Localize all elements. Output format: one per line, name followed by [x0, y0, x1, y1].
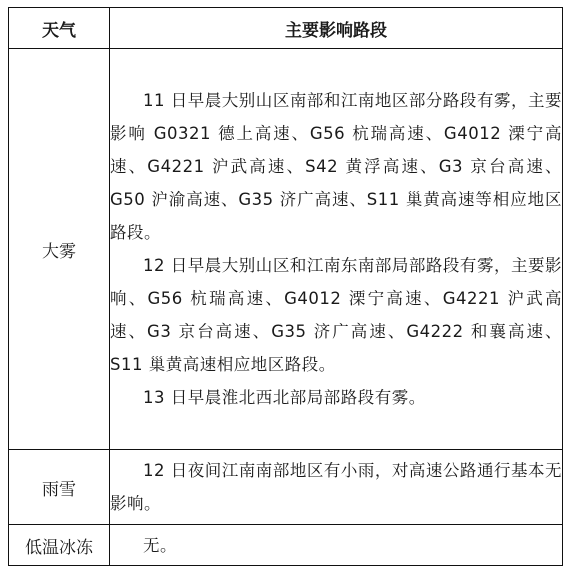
freezing-paragraph: 无。 — [110, 529, 562, 562]
freezing-impact-text: 无。 — [110, 525, 563, 566]
weather-impact-table: 天气 主要影响路段 大雾 11 日早晨大别山区南部和江南地区部分路段有雾，主要影… — [8, 7, 563, 566]
table-row-rain-snow: 雨雪 12 日夜间江南南部地区有小雨，对高速公路通行基本无影响。 — [9, 450, 563, 525]
fog-paragraph-13: 13 日早晨淮北西北部局部路段有雾。 — [110, 381, 562, 414]
table-row-fog: 大雾 11 日早晨大别山区南部和江南地区部分路段有雾，主要影响 G0321 德上… — [9, 49, 563, 450]
header-affected-roads: 主要影响路段 — [110, 8, 563, 49]
rain-snow-impact-text: 12 日夜间江南南部地区有小雨，对高速公路通行基本无影响。 — [110, 450, 563, 525]
fog-impact-text: 11 日早晨大别山区南部和江南地区部分路段有雾，主要影响 G0321 德上高速、… — [110, 49, 563, 450]
table-row-freezing: 低温冰冻 无。 — [9, 525, 563, 566]
weather-type-freezing: 低温冰冻 — [9, 525, 110, 566]
header-row: 天气 主要影响路段 — [9, 8, 563, 49]
fog-paragraph-12: 12 日早晨大别山区和江南东南部局部路段有雾，主要影响、G56 杭瑞高速、G40… — [110, 249, 562, 381]
weather-type-fog: 大雾 — [9, 49, 110, 450]
weather-type-rain-snow: 雨雪 — [9, 450, 110, 525]
rain-paragraph: 12 日夜间江南南部地区有小雨，对高速公路通行基本无影响。 — [110, 454, 562, 520]
fog-paragraph-11: 11 日早晨大别山区南部和江南地区部分路段有雾，主要影响 G0321 德上高速、… — [110, 84, 562, 249]
header-weather: 天气 — [9, 8, 110, 49]
